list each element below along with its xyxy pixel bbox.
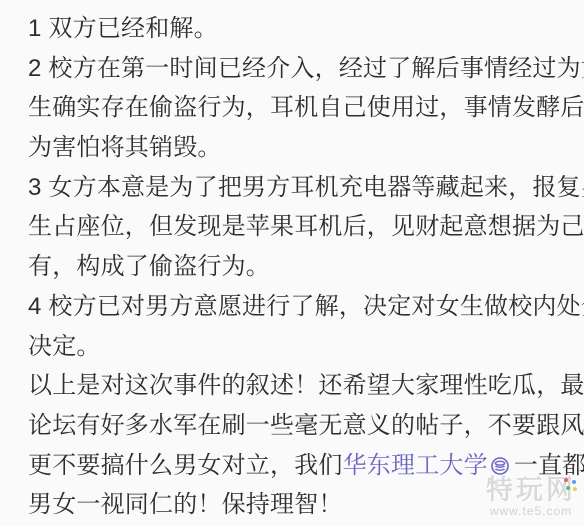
text-line: 为害怕将其销毁。 [28,128,584,168]
text-line: 生确实存在偷盗行为，耳机自己使用过，事情发酵后因 [28,88,584,128]
text-segment: 以上是对这次事件的叙述！还希望大家理性吃瓜，最近 [28,372,584,399]
text-line: 论坛有好多水军在刷一些毫无意义的帖子，不要跟风。 [28,406,584,446]
text-line: 有，构成了偷盗行为。 [28,247,584,287]
text-segment: 有，构成了偷盗行为。 [28,253,270,280]
text-line: 更不要搞什么男女对立，我们华东理工大学一直都是 [28,446,584,486]
text-line: 3 女方本意是为了把男方耳机充电器等藏起来，报复男 [28,168,584,208]
text-line: 男女一视同仁的！保持理智！ [28,485,584,525]
text-line: 生占座位，但发现是苹果耳机后，见财起意想据为己 [28,207,584,247]
post-body: 1 双方已经和解。2 校方在第一时间已经介入，经过了解后事情经过为女生确实存在偷… [0,0,584,525]
text-segment: 男女一视同仁的！保持理智！ [28,491,343,518]
text-line: 决定。 [28,327,584,367]
text-segment: 2 校方在第一时间已经介入，经过了解后事情经过为女 [28,55,584,82]
text-line: 4 校方已对男方意愿进行了解，决定对女生做校内处分 [28,287,584,327]
university-mention-link[interactable]: 华东理工大学 [343,452,488,479]
supertopic-icon[interactable] [491,457,509,475]
text-segment: 生确实存在偷盗行为，耳机自己使用过，事情发酵后因 [28,94,584,121]
text-segment: 为害怕将其销毁。 [28,134,222,161]
text-segment: 决定。 [28,333,101,360]
text-line: 2 校方在第一时间已经介入，经过了解后事情经过为女 [28,49,584,89]
text-segment: 1 双方已经和解。 [28,15,218,42]
text-segment: 生占座位，但发现是苹果耳机后，见财起意想据为己 [28,213,584,240]
text-segment: 4 校方已对男方意愿进行了解，决定对女生做校内处分 [28,293,584,320]
text-segment: 3 女方本意是为了把男方耳机充电器等藏起来，报复男 [28,174,584,201]
text-line: 以上是对这次事件的叙述！还希望大家理性吃瓜，最近 [28,366,584,406]
text-segment: 论坛有好多水军在刷一些毫无意义的帖子，不要跟风。 [28,412,584,439]
text-segment: 更不要搞什么男女对立，我们 [28,452,343,479]
text-segment: 一直都是 [514,452,584,479]
text-line: 1 双方已经和解。 [28,9,584,49]
